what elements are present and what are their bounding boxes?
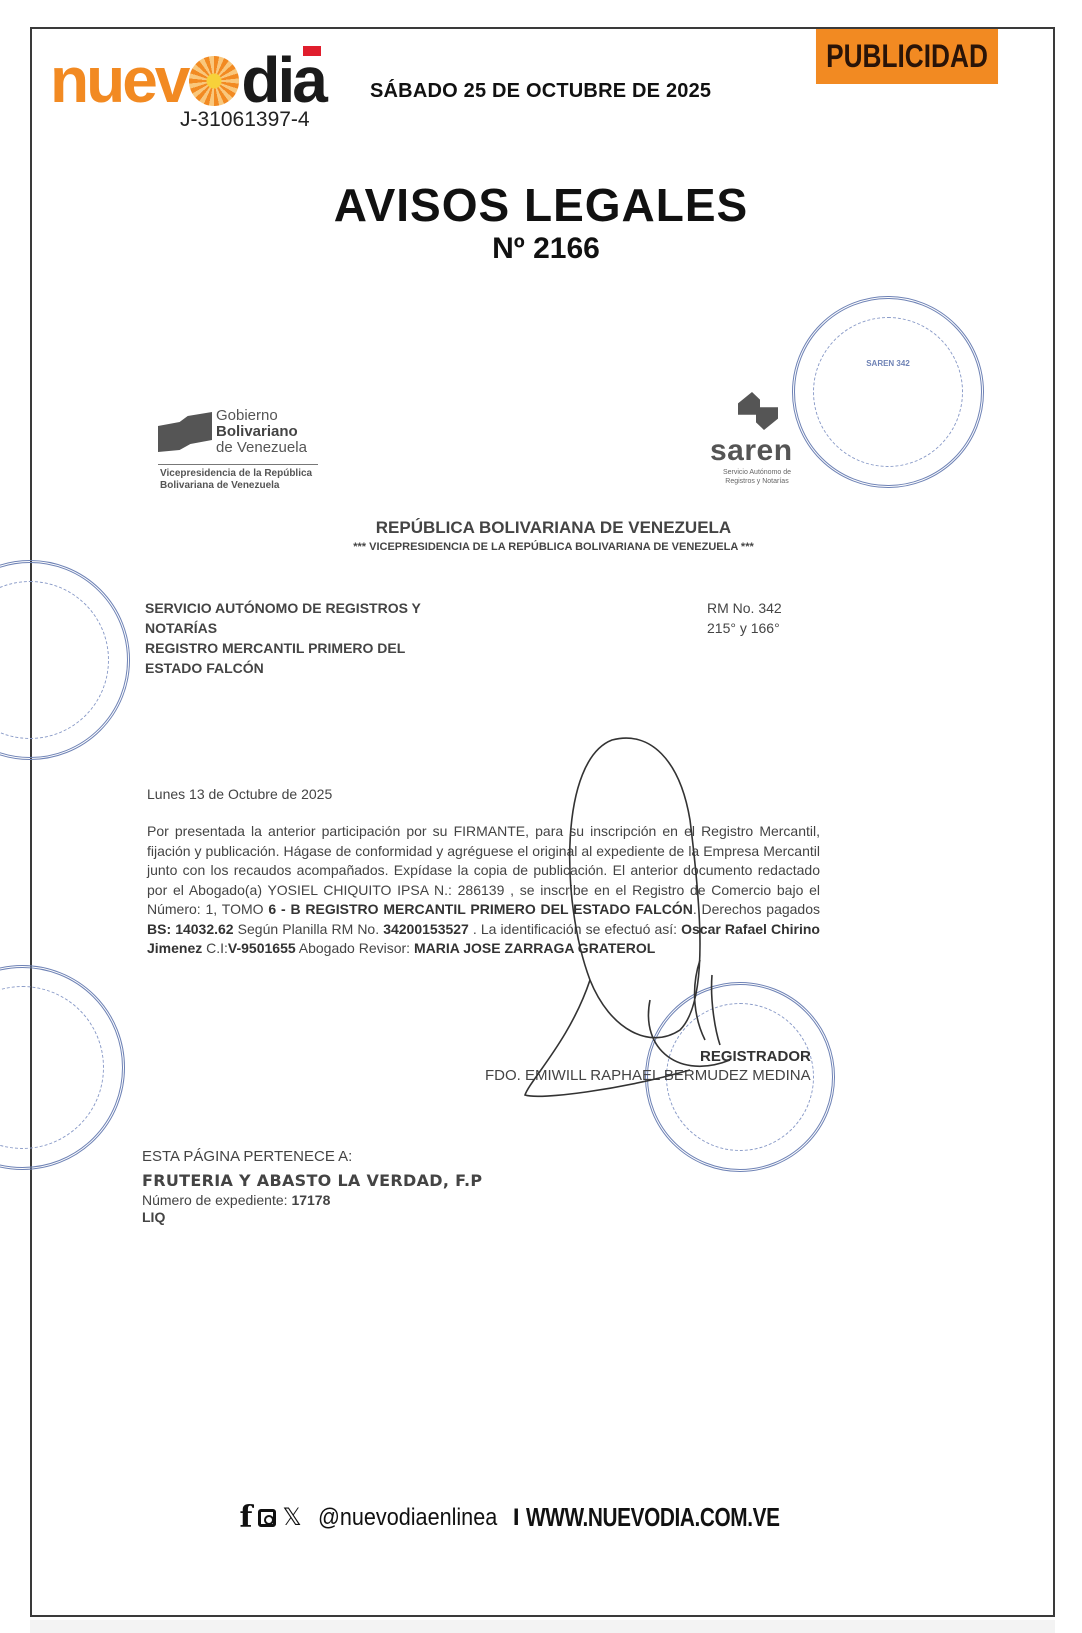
liq-code: LIQ (142, 1209, 165, 1225)
official-stamp-top: SAREN 342 (792, 296, 984, 488)
vicepresidency-line: *** VICEPRESIDENCIA DE LA REPÚBLICA BOLI… (0, 541, 1082, 553)
stamp-inner-ring (0, 581, 109, 739)
issue-number: Nº 2166 (0, 232, 1082, 266)
registry-name: REGISTRO MERCANTIL PRIMERO DEL ESTADO FA… (301, 901, 693, 917)
years-label: 215° y 166° (707, 618, 782, 638)
saren-sub2: Registros y Notarías (712, 477, 802, 486)
saren-logo-word: saren (710, 434, 793, 468)
rm-number: RM No. 342 (707, 598, 782, 618)
stamp-center-text: SAREN 342 (795, 359, 981, 368)
gov-logo-sub2: Bolivariana de Venezuela (160, 480, 360, 492)
document-date: Lunes 13 de Octubre de 2025 (147, 786, 332, 802)
sun-icon (189, 56, 239, 106)
owner-label: ESTA PÁGINA PERTENECE A: (142, 1148, 352, 1165)
divider (158, 464, 318, 465)
office-line: NOTARÍAS (145, 618, 421, 638)
publication-date: SÁBADO 25 DE OCTUBRE DE 2025 (370, 80, 711, 103)
page-bottom-strip (30, 1620, 1055, 1633)
office-line: ESTADO FALCÓN (145, 658, 421, 678)
body-text: Abogado Revisor: (296, 940, 414, 956)
office-line: REGISTRO MERCANTIL PRIMERO DEL (145, 638, 421, 658)
footer: f 𝕏 @nuevodiaenlinea I WWW.NUEVODIA.COM.… (0, 1500, 1082, 1535)
signed-by: FDO. EMIWILL RAPHAEL BERMUDEZ MEDINA (485, 1067, 811, 1084)
office-line: SERVICIO AUTÓNOMO DE REGISTROS Y (145, 598, 421, 618)
body-text: . Derechos pagados (693, 901, 820, 917)
gov-logo-line1: Gobierno (216, 408, 356, 424)
stamp-inner-ring (0, 986, 104, 1149)
reviewer-name: MARIA JOSE ZARRAGA GRATEROL (414, 940, 655, 956)
logo-red-accent (303, 46, 321, 56)
planilla-number: 34200153527 (383, 921, 469, 937)
registry-office: SERVICIO AUTÓNOMO DE REGISTROS Y NOTARÍA… (145, 598, 421, 678)
fees-paid: BS: 14032.62 (147, 921, 234, 937)
tomo: 6 - B (268, 901, 300, 917)
expediente: Número de expediente: 17178 (142, 1192, 330, 1208)
body-text: Según Planilla RM No. (234, 921, 384, 937)
registrador-title: REGISTRADOR (700, 1048, 811, 1065)
twitter-icon[interactable]: 𝕏 (282, 1503, 301, 1532)
document-body: Por presentada la anterior participación… (147, 822, 820, 959)
expediente-number: 17178 (291, 1192, 330, 1208)
company-rif: J-31061397-4 (180, 108, 310, 132)
stamp-inner-ring (813, 317, 963, 467)
logo-text-dia: dia (241, 52, 324, 108)
logo-text-nuev: nuev (50, 52, 187, 108)
facebook-icon[interactable]: f (239, 1500, 252, 1535)
registry-number-block: RM No. 342 215° y 166° (707, 598, 782, 638)
owner-name: FRUTERIA Y ABASTO LA VERDAD, F.P (142, 1171, 482, 1190)
instagram-icon[interactable] (258, 1509, 276, 1527)
id-number: V-9501655 (228, 940, 296, 956)
saren-logo-subtitle: Servicio Autónomo de Registros y Notaría… (712, 468, 802, 486)
republic-heading: REPÚBLICA BOLIVARIANA DE VENEZUELA (0, 518, 1082, 538)
body-text: C.I: (202, 940, 228, 956)
body-text: . La identificación se efectuó así: (469, 921, 681, 937)
expediente-label: Número de expediente: (142, 1192, 291, 1208)
saren-sub1: Servicio Autónomo de (712, 468, 802, 477)
gov-logo-line2: Bolivariano (216, 424, 356, 440)
section-badge: PUBLICIDAD (816, 29, 998, 84)
social-handle[interactable]: @nuevodiaenlinea (318, 1504, 497, 1532)
page-title: AVISOS LEGALES (0, 178, 1082, 232)
website-link[interactable]: WWW.NUEVODIA.COM.VE (526, 1502, 780, 1533)
gov-logo-line3: de Venezuela (216, 440, 356, 456)
separator: I (513, 1504, 520, 1532)
nuevodia-logo: nuev dia (50, 48, 325, 108)
gov-logo-sub1: Vicepresidencia de la República (160, 468, 360, 480)
